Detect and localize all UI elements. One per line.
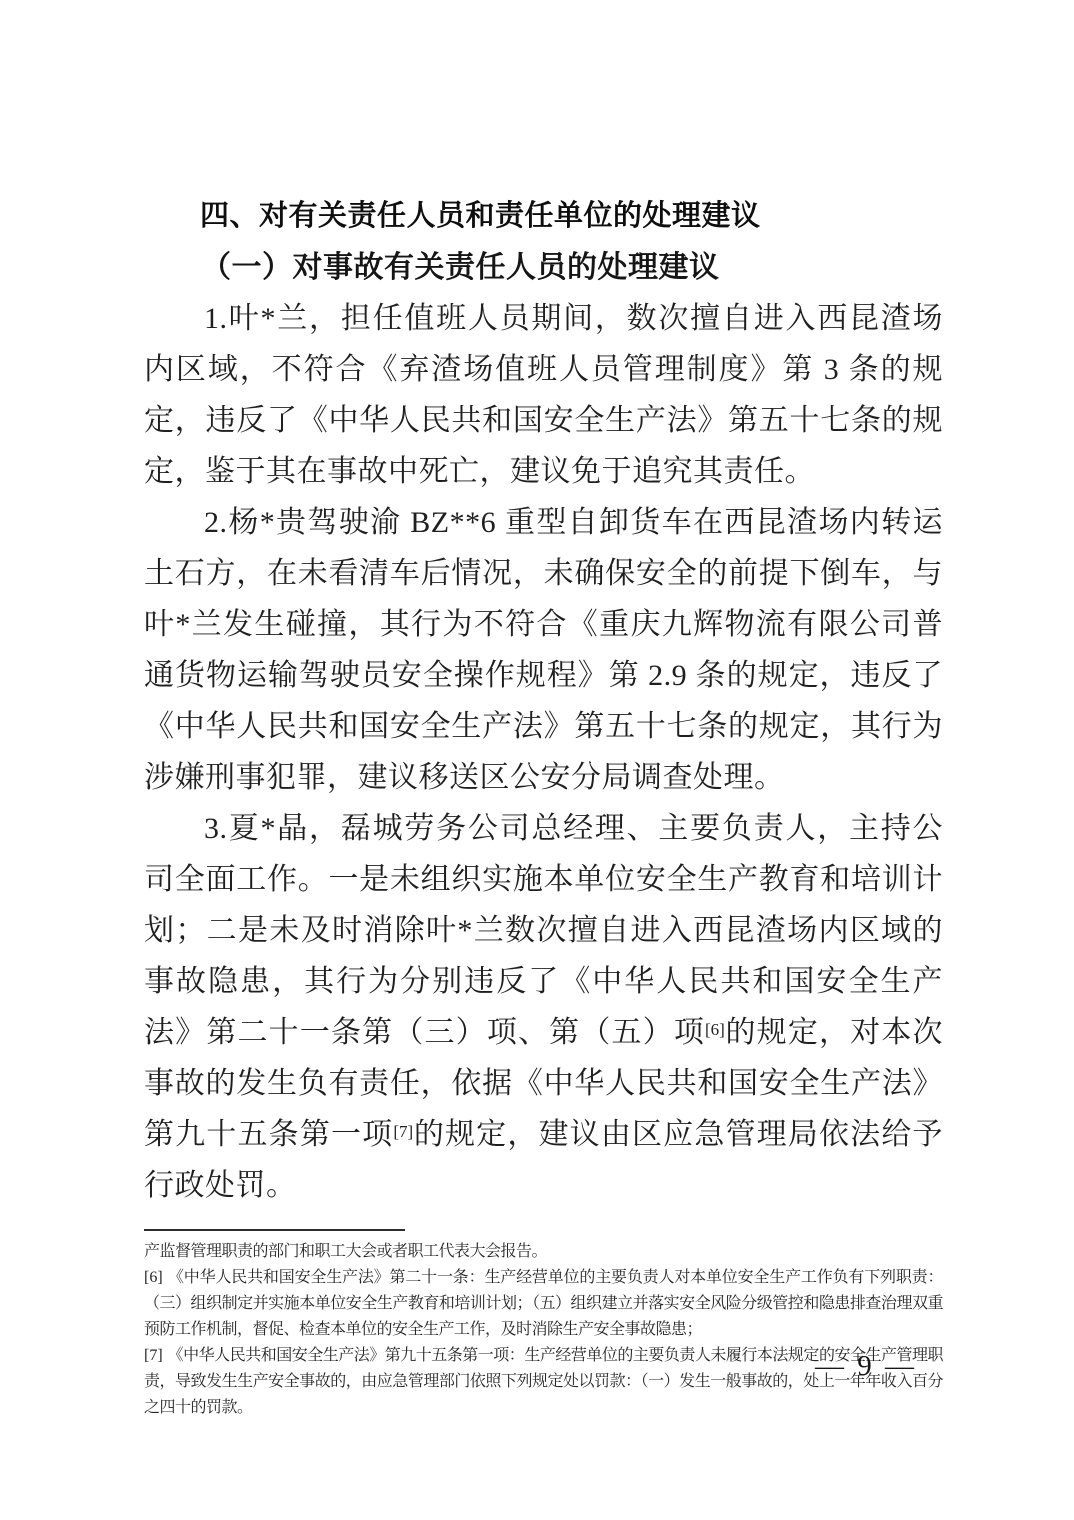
body-text: 1.叶*兰，担任值班人员期间，数次擅自进入西昆渣场内区域，不符合《弃渣场值班人员… bbox=[144, 293, 943, 1211]
footnote-list: 产监督管理职责的部门和职工大会或者职工代表大会报告。[6]《中华人民共和国安全生… bbox=[144, 1239, 943, 1421]
footnotes-section: 产监督管理职责的部门和职工大会或者职工代表大会报告。[6]《中华人民共和国安全生… bbox=[144, 1229, 943, 1421]
body-paragraph: 1.叶*兰，担任值班人员期间，数次擅自进入西昆渣场内区域，不符合《弃渣场值班人员… bbox=[144, 293, 943, 497]
page-content: 四、对有关责任人员和责任单位的处理建议 （一）对事故有关责任人员的处理建议 1.… bbox=[144, 197, 943, 1421]
footnote-marker: [7] bbox=[144, 1347, 163, 1364]
page-number: — 9 — bbox=[815, 1350, 917, 1383]
body-paragraph: 3.夏*晶，磊城劳务公司总经理、主要负责人，主持公司全面工作。一是未组织实施本单… bbox=[144, 803, 943, 1211]
footnote-ref: [6] bbox=[705, 1020, 725, 1039]
subsection-heading: （一）对事故有关责任人员的处理建议 bbox=[144, 250, 943, 286]
footnote-item: 产监督管理职责的部门和职工大会或者职工代表大会报告。 bbox=[144, 1239, 943, 1265]
footnote-separator bbox=[144, 1229, 405, 1231]
section-heading: 四、对有关责任人员和责任单位的处理建议 bbox=[144, 197, 943, 235]
body-paragraph: 2.杨*贵驾驶渝 BZ**6 重型自卸货车在西昆渣场内转运土石方，在未看清车后情… bbox=[144, 497, 943, 803]
footnote-marker: [6] bbox=[144, 1269, 163, 1286]
footnote-item: [6]《中华人民共和国安全生产法》第二十一条：生产经营单位的主要负责人对本单位安… bbox=[144, 1265, 943, 1343]
footnote-ref: [7] bbox=[393, 1122, 413, 1141]
